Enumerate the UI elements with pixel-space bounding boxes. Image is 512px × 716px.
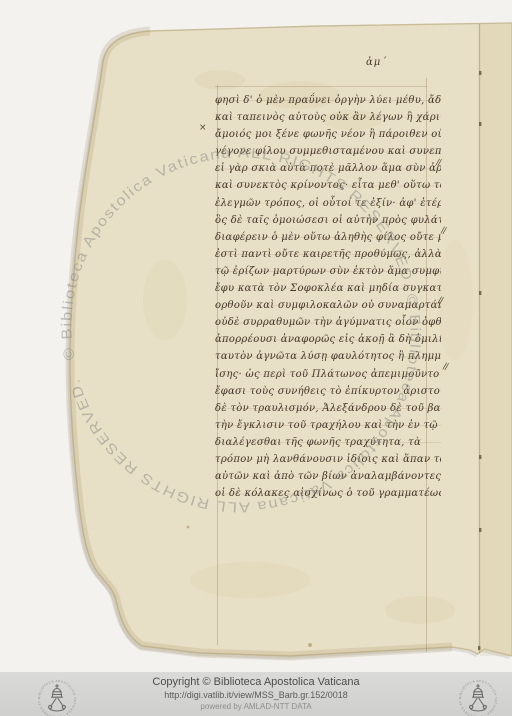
manuscript-text-line: ορθοῦν καὶ συμφιλοκαλῶν οὐ συναμαρτάνων — [215, 297, 441, 314]
manuscript-text-line: οὐδὲ συρραθυμῶν τὴν ἀγύμνατις οἷον ὀφθαλ… — [215, 314, 441, 331]
manuscript-text-line: τῷ ἐρίζων μαρτύρων σὺν ἐκτὸν ἅμα συμφιλε… — [215, 263, 441, 280]
manuscript-text-line: τρόπον μὴ λανθάνουσιν ἰδίοις καὶ ἅπαν τῶ… — [215, 451, 441, 468]
manuscript-text-line: ἔφασι τοὺς συνήθεις τὸ ἐπίκυρτον ἀριστοτ… — [215, 383, 441, 400]
vatican-seal-icon: BIBLIOTECA APOSTOLICA VATICANA · BIBLIOT… — [37, 679, 77, 716]
papal-tiara-and-keys-icon — [49, 685, 66, 712]
manuscript-text-line: ὃς δὲ ταῖς ὁμοιώσεσι οἱ αὐτὴν πρὸς φυλάτ… — [215, 212, 441, 229]
margin-slash-mark: ∕∕ — [442, 362, 448, 373]
manuscript-text-line: ἔφυ κατὰ τὸν Σοφοκλέα καὶ μηδία συγκατ- — [215, 280, 441, 297]
margin-slash-mark: ∕∕ — [440, 226, 446, 237]
papal-tiara-and-keys-icon — [470, 685, 487, 712]
manuscript-text-line: εἰ γὰρ σκιὰ αὐτὰ ποτὲ μᾶλλον ἅμα σὺν ἀρχ… — [215, 160, 441, 177]
manuscript-text-line: αὐτῶν καὶ ἀπὸ τῶν βίων ἀναλαμβάνοντες — [215, 468, 441, 485]
manuscript-text-line: οἱ δὲ κόλακες αἰσχίνως ὁ τοῦ γραμματέως — [215, 485, 441, 502]
manuscript-text-line: δὲ τὸν τραυλισμόν, Ἀλεξάνδρου δὲ τοῦ βασ… — [215, 400, 441, 417]
sewing-stitches — [478, 71, 481, 650]
quire-signature: ἀμ´ — [366, 57, 387, 68]
manuscript-text-line: ἄμοιός μοι ξένε φωνῆς νέον ἢ πάροιθεν οὐ — [215, 126, 441, 143]
manuscript-text-line: διαφέρειν ὁ μὲν οὕτω ἀληθὴς φίλος οὔτε μ… — [215, 229, 441, 246]
manuscript-text-line: διαλέγεσθαι τῆς φωνῆς τραχύτητα, τὰ — [215, 434, 441, 451]
manuscript-text-line: γέγονε φίλου συμμεθισταμένου καὶ συνεπιθ… — [215, 143, 441, 160]
vatican-seal-icon: BIBLIOTECA APOSTOLICA VATICANA · BIBLIOT… — [458, 679, 498, 716]
gutter-right-leaf — [480, 24, 512, 656]
margin-slash-mark: ∕∕ — [437, 296, 443, 307]
manuscript-text-line: ἐστὶ παντὶ οὔτε καιρετῆς προθύμως, ἀλλὰ — [215, 246, 441, 263]
manuscript-text-line: ἀπορρέουσι ἀναφορῶς εἰς ἀκοῇ ἃ δὴ ὁμιλία… — [215, 331, 441, 348]
manuscript-text-line: φησὶ δ' ὁ μὲν πραΰνει ὀργὴν λύει μέθυ, ἄ… — [215, 92, 441, 109]
manuscript-text-line: καὶ ταπεινὸς αὐτοὺς οὐκ ἂν λέγων ἢ χάριτ… — [215, 109, 441, 126]
manuscript-text-line: ἐλεγμῶν τρόπος, οἱ οὗτοί τε ἐξίν· ἀφ' ἑτ… — [215, 195, 441, 212]
manuscript-text-line: ταυτὸν ἀγνῶτα λύσῃ φαυλότητος ἢ πλημμελε… — [215, 348, 441, 365]
manuscript-text-block: φησὶ δ' ὁ μὲν πραΰνει ὀργὴν λύει μέθυ, ἄ… — [215, 92, 441, 506]
manuscript-text-line: ἴσης· ὡς περὶ τοῦ Πλάτωνος ἀπεμιμοῦντο — [215, 366, 441, 383]
margin-mark: × — [199, 123, 207, 133]
scan-viewport: φησὶ δ' ὁ μὲν πραΰνει ὀργὴν λύει μέθυ, ἄ… — [0, 0, 512, 716]
manuscript-text-line: καὶ συνεκτὸς κρίνοντος· εἶτα μεθ' οὕτω τ… — [215, 177, 441, 194]
manuscript-text-line: τὴν ἔγκλισιν τοῦ τραχήλου καὶ τὴν ἐν τῷ — [215, 417, 441, 434]
